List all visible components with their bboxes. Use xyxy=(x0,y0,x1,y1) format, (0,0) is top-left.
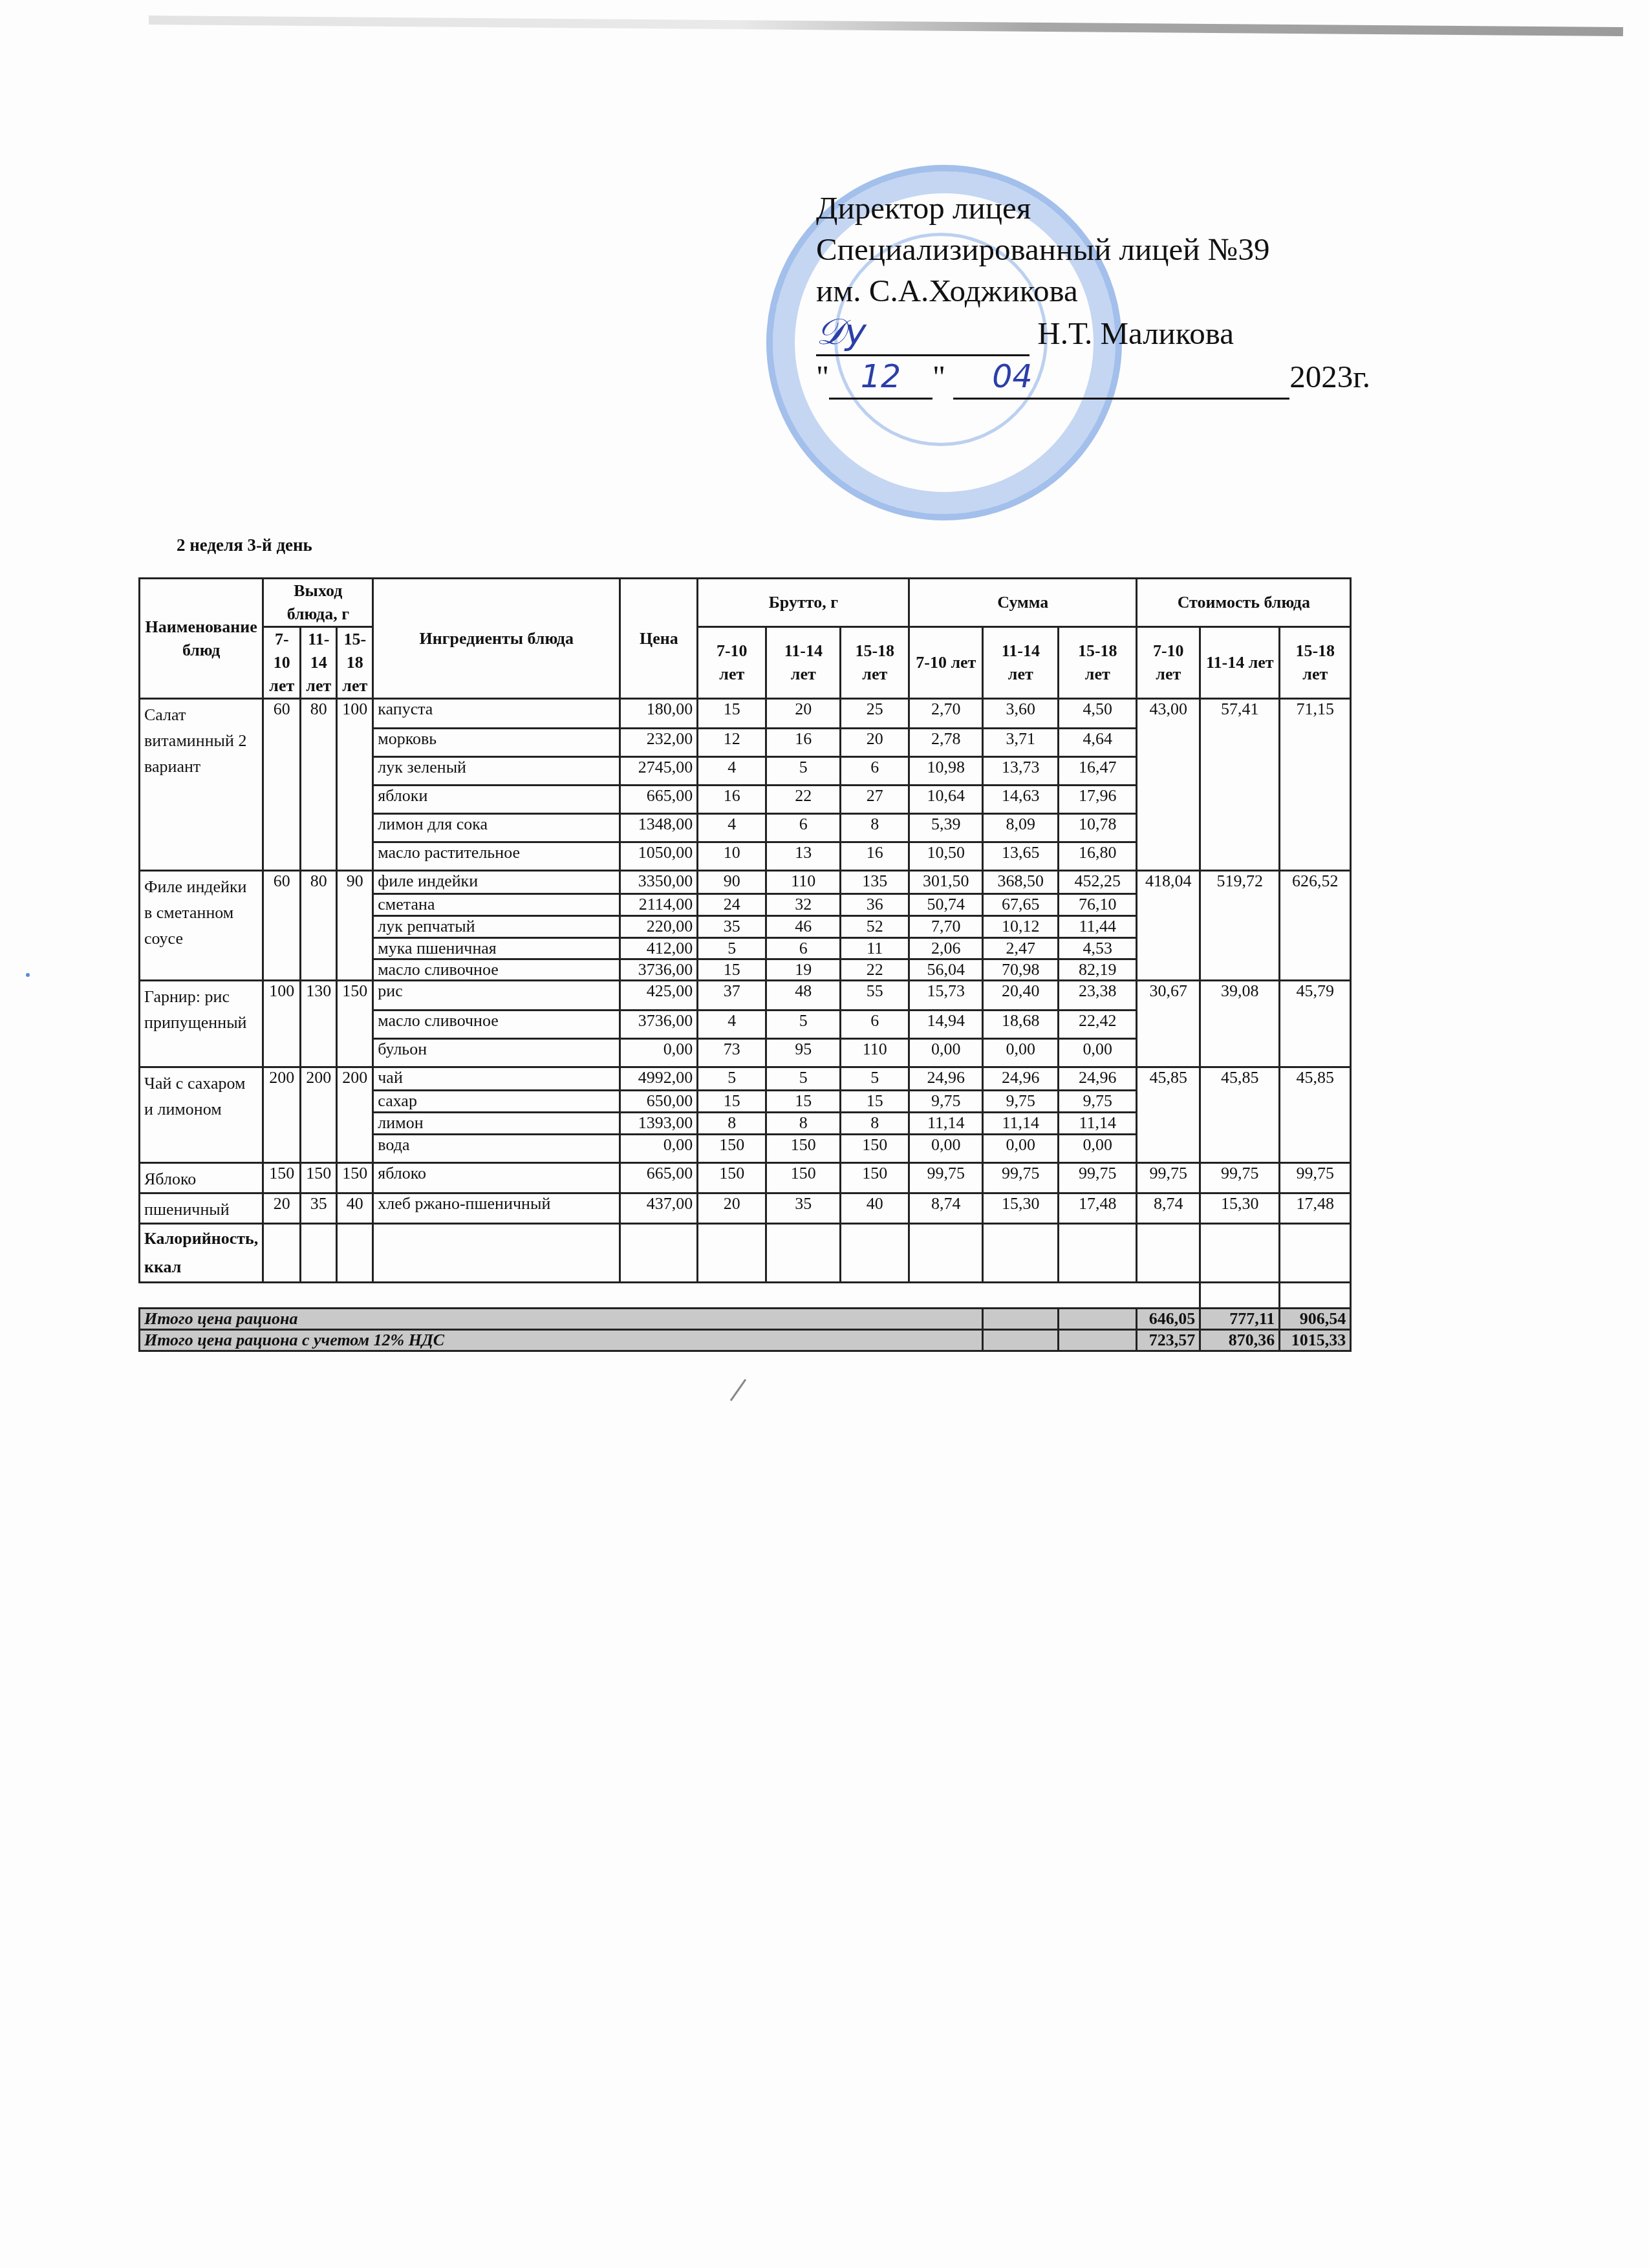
total-value: 870,36 xyxy=(1200,1330,1280,1351)
header-age-15-18: 15-18 лет xyxy=(1059,627,1137,699)
ingredient-brutto: 13 xyxy=(766,842,841,871)
ingredient-name: филе индейки xyxy=(373,871,620,894)
ingredient-price: 0,00 xyxy=(620,1135,698,1163)
header-sum: Сумма xyxy=(909,579,1137,627)
header-age-11-14: 11-14 лет xyxy=(1200,627,1280,699)
dish-yield: 60 xyxy=(263,871,301,981)
ingredient-sum: 11,14 xyxy=(909,1113,983,1135)
ingredient-name: яблоки xyxy=(373,786,620,814)
ingredient-sum: 4,64 xyxy=(1059,729,1137,757)
dish-yield: 150 xyxy=(301,1163,337,1193)
dish-cost: 15,30 xyxy=(1200,1193,1280,1224)
header-age-11-14: 11-14 лет xyxy=(983,627,1059,699)
ingredient-brutto: 22 xyxy=(766,786,841,814)
ingredient-sum: 2,06 xyxy=(909,938,983,959)
ingredient-brutto: 150 xyxy=(841,1163,909,1193)
dish-name: Яблоко xyxy=(140,1163,263,1193)
ingredient-name: капуста xyxy=(373,699,620,729)
ingredient-price: 2745,00 xyxy=(620,757,698,786)
total-row: Итого цена рациона646,05777,11906,54 xyxy=(140,1309,1351,1330)
date-quote-open: " xyxy=(816,359,829,394)
dish-yield: 100 xyxy=(337,699,373,871)
approval-date-line: "12" 042023г. xyxy=(816,356,1370,400)
ingredient-sum: 0,00 xyxy=(1059,1135,1137,1163)
ingredient-brutto: 4 xyxy=(698,757,766,786)
ingredient-sum: 13,73 xyxy=(983,757,1059,786)
dish-name: пшеничный xyxy=(140,1193,263,1224)
spacer-row xyxy=(140,1283,1351,1309)
dish-cost: 17,48 xyxy=(1280,1193,1351,1224)
calories-cell xyxy=(841,1224,909,1283)
ingredient-sum: 10,64 xyxy=(909,786,983,814)
ingredient-sum: 56,04 xyxy=(909,959,983,981)
ingredient-brutto: 4 xyxy=(698,814,766,842)
ingredient-brutto: 5 xyxy=(766,1067,841,1091)
approval-signature-line: 𝒟y Н.Т. Маликова xyxy=(816,312,1370,356)
ingredient-sum: 17,48 xyxy=(1059,1193,1137,1224)
ingredient-brutto: 32 xyxy=(766,894,841,916)
ingredient-brutto: 110 xyxy=(766,871,841,894)
ingredient-brutto: 95 xyxy=(766,1039,841,1067)
ingredient-sum: 11,14 xyxy=(1059,1113,1137,1135)
dish-cost: 57,41 xyxy=(1200,699,1280,871)
date-month-field: 04 xyxy=(953,356,1289,400)
approval-block: Директор лицея Специализированный лицей … xyxy=(816,187,1370,400)
ingredient-sum: 4,53 xyxy=(1059,938,1137,959)
dish-cost: 45,85 xyxy=(1280,1067,1351,1163)
ingredient-sum: 99,75 xyxy=(983,1163,1059,1193)
total-empty-cell xyxy=(983,1309,1059,1330)
dish-cost: 45,85 xyxy=(1200,1067,1280,1163)
approval-organization: Специализированный лицей №39 xyxy=(816,229,1370,270)
ingredient-name: лук зеленый xyxy=(373,757,620,786)
ingredient-sum: 24,96 xyxy=(1059,1067,1137,1091)
ingredient-sum: 9,75 xyxy=(909,1091,983,1113)
dish-cost: 99,75 xyxy=(1280,1163,1351,1193)
ingredient-sum: 4,50 xyxy=(1059,699,1137,729)
dish-cost: 418,04 xyxy=(1137,871,1200,981)
ingredient-sum: 17,96 xyxy=(1059,786,1137,814)
table-row: пшеничный203540хлеб ржано-пшеничный437,0… xyxy=(140,1193,1351,1224)
header-age-15-18: 15-18 лет xyxy=(841,627,909,699)
dish-cost: 99,75 xyxy=(1200,1163,1280,1193)
ingredient-brutto: 16 xyxy=(698,786,766,814)
ingredient-sum: 67,65 xyxy=(983,894,1059,916)
table-row: Чай с сахаром и лимоном200200200чай4992,… xyxy=(140,1067,1351,1091)
ingredient-name: сахар xyxy=(373,1091,620,1113)
ingredient-name: рис xyxy=(373,981,620,1011)
ingredient-name: лимон для сока xyxy=(373,814,620,842)
ingredient-brutto: 20 xyxy=(766,699,841,729)
signature-field: 𝒟y xyxy=(816,312,1029,356)
ingredient-name: масло растительное xyxy=(373,842,620,871)
calories-cell xyxy=(983,1224,1059,1283)
calories-cell xyxy=(263,1224,301,1283)
ingredient-sum: 24,96 xyxy=(909,1067,983,1091)
total-empty-cell xyxy=(1059,1330,1137,1351)
header-brutto: Брутто, г xyxy=(698,579,909,627)
ingredient-price: 1348,00 xyxy=(620,814,698,842)
ingredient-sum: 14,63 xyxy=(983,786,1059,814)
scan-mark xyxy=(730,1379,746,1401)
table-row: Яблоко150150150яблоко665,0015015015099,7… xyxy=(140,1163,1351,1193)
header-ingredients: Ингредиенты блюда xyxy=(373,579,620,699)
ingredient-brutto: 25 xyxy=(841,699,909,729)
ingredient-brutto: 37 xyxy=(698,981,766,1011)
ingredient-brutto: 15 xyxy=(841,1091,909,1113)
approval-title: Директор лицея xyxy=(816,187,1370,229)
menu-body: Салат витаминный 2 вариант6080100капуста… xyxy=(140,699,1351,1351)
calories-cell xyxy=(373,1224,620,1283)
dish-cost: 626,52 xyxy=(1280,871,1351,981)
total-value: 723,57 xyxy=(1137,1330,1200,1351)
ingredient-brutto: 6 xyxy=(766,814,841,842)
dish-cost: 45,79 xyxy=(1280,981,1351,1067)
calories-cell xyxy=(1137,1224,1200,1283)
ingredient-sum: 368,50 xyxy=(983,871,1059,894)
ingredient-price: 437,00 xyxy=(620,1193,698,1224)
ingredient-brutto: 11 xyxy=(841,938,909,959)
ingredient-brutto: 8 xyxy=(841,814,909,842)
ingredient-brutto: 20 xyxy=(698,1193,766,1224)
ingredient-sum: 10,98 xyxy=(909,757,983,786)
ingredient-price: 3736,00 xyxy=(620,959,698,981)
dish-yield: 200 xyxy=(263,1067,301,1163)
ingredient-brutto: 73 xyxy=(698,1039,766,1067)
ingredient-sum: 24,96 xyxy=(983,1067,1059,1091)
ingredient-brutto: 12 xyxy=(698,729,766,757)
ingredient-brutto: 150 xyxy=(841,1135,909,1163)
total-row: Итого цена рациона с учетом 12% НДС723,5… xyxy=(140,1330,1351,1351)
ingredient-price: 0,00 xyxy=(620,1039,698,1067)
dish-name: Чай с сахаром и лимоном xyxy=(140,1067,263,1163)
date-day-field: 12 xyxy=(829,356,932,400)
ingredient-brutto: 150 xyxy=(766,1135,841,1163)
header-age-11-14: 11-14 лет xyxy=(766,627,841,699)
ingredient-brutto: 40 xyxy=(841,1193,909,1224)
date-year: 2023г. xyxy=(1289,359,1370,394)
header-yield: Выход блюда, г xyxy=(263,579,373,627)
dish-cost: 99,75 xyxy=(1137,1163,1200,1193)
ingredient-sum: 11,44 xyxy=(1059,916,1137,938)
ingredient-sum: 15,73 xyxy=(909,981,983,1011)
total-value: 906,54 xyxy=(1280,1309,1351,1330)
ingredient-brutto: 8 xyxy=(698,1113,766,1135)
ingredient-sum: 11,14 xyxy=(983,1113,1059,1135)
dish-yield: 200 xyxy=(301,1067,337,1163)
ingredient-sum: 99,75 xyxy=(1059,1163,1137,1193)
ingredient-name: яблоко xyxy=(373,1163,620,1193)
ingredient-name: морковь xyxy=(373,729,620,757)
dish-cost: 8,74 xyxy=(1137,1193,1200,1224)
ingredient-sum: 22,42 xyxy=(1059,1011,1137,1039)
ingredient-name: мука пшеничная xyxy=(373,938,620,959)
ingredient-sum: 8,09 xyxy=(983,814,1059,842)
ingredient-price: 4992,00 xyxy=(620,1067,698,1091)
ingredient-price: 650,00 xyxy=(620,1091,698,1113)
dish-yield: 60 xyxy=(263,699,301,871)
signer-name: Н.Т. Маликова xyxy=(1037,316,1234,351)
ingredient-sum: 99,75 xyxy=(909,1163,983,1193)
ingredient-name: хлеб ржано-пшеничный xyxy=(373,1193,620,1224)
scan-dot xyxy=(26,973,30,977)
ingredient-name: масло сливочное xyxy=(373,959,620,981)
ingredient-sum: 70,98 xyxy=(983,959,1059,981)
ingredient-sum: 3,60 xyxy=(983,699,1059,729)
dish-yield: 200 xyxy=(337,1067,373,1163)
ingredient-price: 220,00 xyxy=(620,916,698,938)
header-price: Цена xyxy=(620,579,698,699)
ingredient-name: бульон xyxy=(373,1039,620,1067)
ingredient-sum: 18,68 xyxy=(983,1011,1059,1039)
ingredient-sum: 10,12 xyxy=(983,916,1059,938)
ingredient-sum: 452,25 xyxy=(1059,871,1137,894)
calories-label: Калорийность, ккал xyxy=(140,1224,263,1283)
ingredient-name: сметана xyxy=(373,894,620,916)
header-age-15-18: 15-18 лет xyxy=(1280,627,1351,699)
date-day: 12 xyxy=(861,358,901,395)
table-row: Салат витаминный 2 вариант6080100капуста… xyxy=(140,699,1351,729)
ingredient-brutto: 5 xyxy=(698,1067,766,1091)
ingredient-brutto: 150 xyxy=(698,1135,766,1163)
dish-cost: 39,08 xyxy=(1200,981,1280,1067)
header-age-7-10: 7-10 лет xyxy=(263,627,301,699)
ingredient-sum: 0,00 xyxy=(983,1039,1059,1067)
ingredient-sum: 2,70 xyxy=(909,699,983,729)
ingredient-sum: 82,19 xyxy=(1059,959,1137,981)
ingredient-sum: 0,00 xyxy=(1059,1039,1137,1067)
ingredient-brutto: 48 xyxy=(766,981,841,1011)
dish-yield: 40 xyxy=(337,1193,373,1224)
ingredient-sum: 14,94 xyxy=(909,1011,983,1039)
ingredient-brutto: 46 xyxy=(766,916,841,938)
ingredient-brutto: 5 xyxy=(766,1011,841,1039)
ingredient-brutto: 16 xyxy=(841,842,909,871)
ingredient-brutto: 35 xyxy=(698,916,766,938)
calories-cell xyxy=(1280,1224,1351,1283)
ingredient-price: 2114,00 xyxy=(620,894,698,916)
calories-cell xyxy=(620,1224,698,1283)
ingredient-sum: 3,71 xyxy=(983,729,1059,757)
ingredient-brutto: 35 xyxy=(766,1193,841,1224)
total-value: 1015,33 xyxy=(1280,1330,1351,1351)
calories-cell xyxy=(698,1224,766,1283)
ingredient-sum: 0,00 xyxy=(983,1135,1059,1163)
ingredient-price: 232,00 xyxy=(620,729,698,757)
menu-day-title: 2 неделя 3-й день xyxy=(177,535,312,555)
ingredient-brutto: 6 xyxy=(766,938,841,959)
date-month: 04 xyxy=(992,358,1032,395)
dish-yield: 150 xyxy=(337,1163,373,1193)
ingredient-sum: 76,10 xyxy=(1059,894,1137,916)
ingredient-brutto: 5 xyxy=(841,1067,909,1091)
dish-name: Гарнир: рис припущенный xyxy=(140,981,263,1067)
ingredient-brutto: 90 xyxy=(698,871,766,894)
ingredient-name: масло сливочное xyxy=(373,1011,620,1039)
total-empty-cell xyxy=(983,1330,1059,1351)
dish-yield: 35 xyxy=(301,1193,337,1224)
total-empty-cell xyxy=(1059,1309,1137,1330)
ingredient-brutto: 52 xyxy=(841,916,909,938)
ingredient-brutto: 19 xyxy=(766,959,841,981)
calories-row: Калорийность, ккал xyxy=(140,1224,1351,1283)
ingredient-sum: 10,50 xyxy=(909,842,983,871)
dish-yield: 150 xyxy=(263,1163,301,1193)
ingredient-brutto: 6 xyxy=(841,757,909,786)
ingredient-brutto: 24 xyxy=(698,894,766,916)
calories-cell xyxy=(909,1224,983,1283)
ingredient-sum: 9,75 xyxy=(983,1091,1059,1113)
header-age-7-10: 7-10 лет xyxy=(698,627,766,699)
ingredient-sum: 23,38 xyxy=(1059,981,1137,1011)
spacer-cell xyxy=(140,1283,1200,1309)
ingredient-price: 1050,00 xyxy=(620,842,698,871)
ingredient-brutto: 15 xyxy=(766,1091,841,1113)
ingredient-brutto: 4 xyxy=(698,1011,766,1039)
ingredient-brutto: 22 xyxy=(841,959,909,981)
ingredient-sum: 15,30 xyxy=(983,1193,1059,1224)
ingredient-brutto: 10 xyxy=(698,842,766,871)
header-age-15-18: 15-18 лет xyxy=(337,627,373,699)
ingredient-brutto: 8 xyxy=(766,1113,841,1135)
menu-table: Наименование блюд Выход блюда, г Ингреди… xyxy=(138,577,1352,1352)
ingredient-sum: 0,00 xyxy=(909,1039,983,1067)
spacer-cell xyxy=(1280,1283,1351,1309)
ingredient-brutto: 15 xyxy=(698,1091,766,1113)
header-age-7-10: 7-10 лет xyxy=(1137,627,1200,699)
ingredient-brutto: 8 xyxy=(841,1113,909,1135)
dish-yield: 150 xyxy=(337,981,373,1067)
ingredient-price: 412,00 xyxy=(620,938,698,959)
spacer-cell xyxy=(1200,1283,1280,1309)
dish-name: Салат витаминный 2 вариант xyxy=(140,699,263,871)
dish-yield: 90 xyxy=(337,871,373,981)
dish-yield: 80 xyxy=(301,699,337,871)
ingredient-brutto: 15 xyxy=(698,959,766,981)
header-cost: Стоимость блюда xyxy=(1137,579,1351,627)
ingredient-price: 180,00 xyxy=(620,699,698,729)
ingredient-brutto: 6 xyxy=(841,1011,909,1039)
age-header-row: 7-10 лет11-14 лет15-18 лет7-10 лет11-14 … xyxy=(140,627,1351,699)
scan-artifact xyxy=(149,16,1623,36)
dish-cost: 43,00 xyxy=(1137,699,1200,871)
ingredient-brutto: 150 xyxy=(698,1163,766,1193)
ingredient-sum: 0,00 xyxy=(909,1135,983,1163)
calories-cell xyxy=(1059,1224,1137,1283)
ingredient-price: 1393,00 xyxy=(620,1113,698,1135)
ingredient-sum: 301,50 xyxy=(909,871,983,894)
ingredient-brutto: 20 xyxy=(841,729,909,757)
header-dish-name: Наименование блюд xyxy=(140,579,263,699)
ingredient-price: 3350,00 xyxy=(620,871,698,894)
ingredient-name: лимон xyxy=(373,1113,620,1135)
calories-cell xyxy=(337,1224,373,1283)
dish-yield: 100 xyxy=(263,981,301,1067)
ingredient-sum: 2,47 xyxy=(983,938,1059,959)
ingredient-brutto: 16 xyxy=(766,729,841,757)
header-age-11-14: 11-14 лет xyxy=(301,627,337,699)
dish-cost: 71,15 xyxy=(1280,699,1351,871)
total-value: 646,05 xyxy=(1137,1309,1200,1330)
total-label: Итого цена рациона с учетом 12% НДС xyxy=(140,1330,983,1351)
ingredient-sum: 16,80 xyxy=(1059,842,1137,871)
ingredient-sum: 13,65 xyxy=(983,842,1059,871)
approval-organization-name: им. С.А.Ходжикова xyxy=(816,270,1370,312)
ingredient-price: 425,00 xyxy=(620,981,698,1011)
dish-yield: 20 xyxy=(263,1193,301,1224)
calories-cell xyxy=(1200,1224,1280,1283)
signature-icon: 𝒟y xyxy=(816,311,867,353)
ingredient-price: 665,00 xyxy=(620,786,698,814)
ingredient-name: лук репчатый xyxy=(373,916,620,938)
total-value: 777,11 xyxy=(1200,1309,1280,1330)
calories-cell xyxy=(301,1224,337,1283)
ingredient-sum: 8,74 xyxy=(909,1193,983,1224)
ingredient-sum: 50,74 xyxy=(909,894,983,916)
dish-cost: 519,72 xyxy=(1200,871,1280,981)
dish-cost: 30,67 xyxy=(1137,981,1200,1067)
ingredient-brutto: 5 xyxy=(766,757,841,786)
date-quote-close: " xyxy=(932,359,945,394)
dish-yield: 130 xyxy=(301,981,337,1067)
ingredient-name: чай xyxy=(373,1067,620,1091)
ingredient-brutto: 55 xyxy=(841,981,909,1011)
total-label: Итого цена рациона xyxy=(140,1309,983,1330)
ingredient-brutto: 135 xyxy=(841,871,909,894)
ingredient-sum: 2,78 xyxy=(909,729,983,757)
header-age-7-10: 7-10 лет xyxy=(909,627,983,699)
ingredient-brutto: 27 xyxy=(841,786,909,814)
ingredient-price: 3736,00 xyxy=(620,1011,698,1039)
ingredient-brutto: 15 xyxy=(698,699,766,729)
ingredient-sum: 7,70 xyxy=(909,916,983,938)
ingredient-sum: 16,47 xyxy=(1059,757,1137,786)
ingredient-sum: 10,78 xyxy=(1059,814,1137,842)
table-row: Гарнир: рис припущенный100130150рис425,0… xyxy=(140,981,1351,1011)
ingredient-sum: 5,39 xyxy=(909,814,983,842)
dish-yield: 80 xyxy=(301,871,337,981)
ingredient-brutto: 110 xyxy=(841,1039,909,1067)
ingredient-brutto: 5 xyxy=(698,938,766,959)
dish-name: Филе индейки в сметанном соусе xyxy=(140,871,263,981)
ingredient-price: 665,00 xyxy=(620,1163,698,1193)
calories-cell xyxy=(766,1224,841,1283)
dish-cost: 45,85 xyxy=(1137,1067,1200,1163)
table-row: Филе индейки в сметанном соусе608090филе… xyxy=(140,871,1351,894)
ingredient-brutto: 150 xyxy=(766,1163,841,1193)
ingredient-sum: 9,75 xyxy=(1059,1091,1137,1113)
ingredient-sum: 20,40 xyxy=(983,981,1059,1011)
ingredient-name: вода xyxy=(373,1135,620,1163)
ingredient-brutto: 36 xyxy=(841,894,909,916)
